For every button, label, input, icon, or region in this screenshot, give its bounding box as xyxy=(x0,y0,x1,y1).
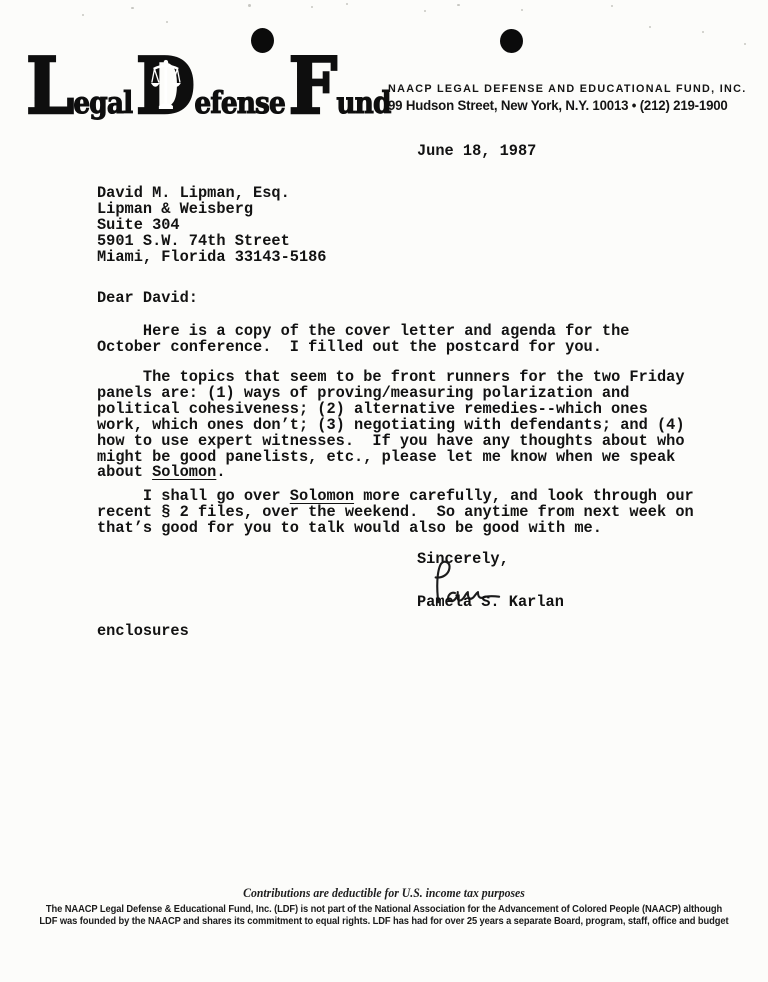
scan-speck xyxy=(457,4,460,6)
org-address: 99 Hudson Street, New York, N.Y. 10013 •… xyxy=(388,98,732,113)
scan-speck xyxy=(311,6,313,8)
letterhead-org-block: NAACP LEGAL DEFENSE AND EDUCATIONAL FUND… xyxy=(388,83,747,113)
logo-word-legal: egal xyxy=(73,89,132,119)
letter-date: June 18, 1987 xyxy=(417,144,536,160)
scan-speck xyxy=(166,21,168,23)
logo-word-fund: und xyxy=(336,89,390,119)
signer-name: Pamela S. Karlan xyxy=(417,595,564,611)
logo-word-defense: efense xyxy=(194,89,285,119)
salutation: Dear David: xyxy=(97,291,198,307)
scan-speck xyxy=(744,43,746,45)
tax-deductible-note: Contributions are deductible for U.S. in… xyxy=(23,886,745,901)
scan-speck xyxy=(248,4,251,7)
ldf-logo: LegalD efenseFund xyxy=(26,48,394,126)
scan-speck xyxy=(649,26,651,28)
naacp-disclaimer: The NAACP Legal Defense & Educational Fu… xyxy=(38,904,729,928)
paragraph-2-case-name: Solomon xyxy=(152,463,216,481)
scan-speck xyxy=(424,10,426,12)
paragraph-1: Here is a copy of the cover letter and a… xyxy=(97,324,629,356)
scan-speck xyxy=(521,9,523,11)
scan-speck xyxy=(702,31,704,33)
paragraph-3: I shall go over Solomon more carefully, … xyxy=(97,489,694,537)
paragraph-2-period: . xyxy=(216,463,225,481)
org-name: NAACP LEGAL DEFENSE AND EDUCATIONAL FUND… xyxy=(388,83,747,95)
logo-letter-f: F xyxy=(288,48,334,126)
punch-hole-dot xyxy=(500,29,523,53)
scanned-letter-page: LegalD efenseFund NAACP LEGAL DEFENSE AN… xyxy=(0,0,768,982)
scan-speck xyxy=(82,14,84,16)
paragraph-2: The topics that seem to be front runners… xyxy=(97,370,685,481)
scan-speck xyxy=(611,5,613,7)
enclosures-note: enclosures xyxy=(97,624,189,640)
logo-letter-l: L xyxy=(26,48,72,126)
recipient-address-block: David M. Lipman, Esq. Lipman & Weisberg … xyxy=(97,186,327,266)
scales-of-justice-icon xyxy=(151,59,181,111)
logo-letter-d-wrap: D xyxy=(136,48,193,126)
scan-speck xyxy=(131,7,134,9)
scan-speck xyxy=(346,3,348,5)
